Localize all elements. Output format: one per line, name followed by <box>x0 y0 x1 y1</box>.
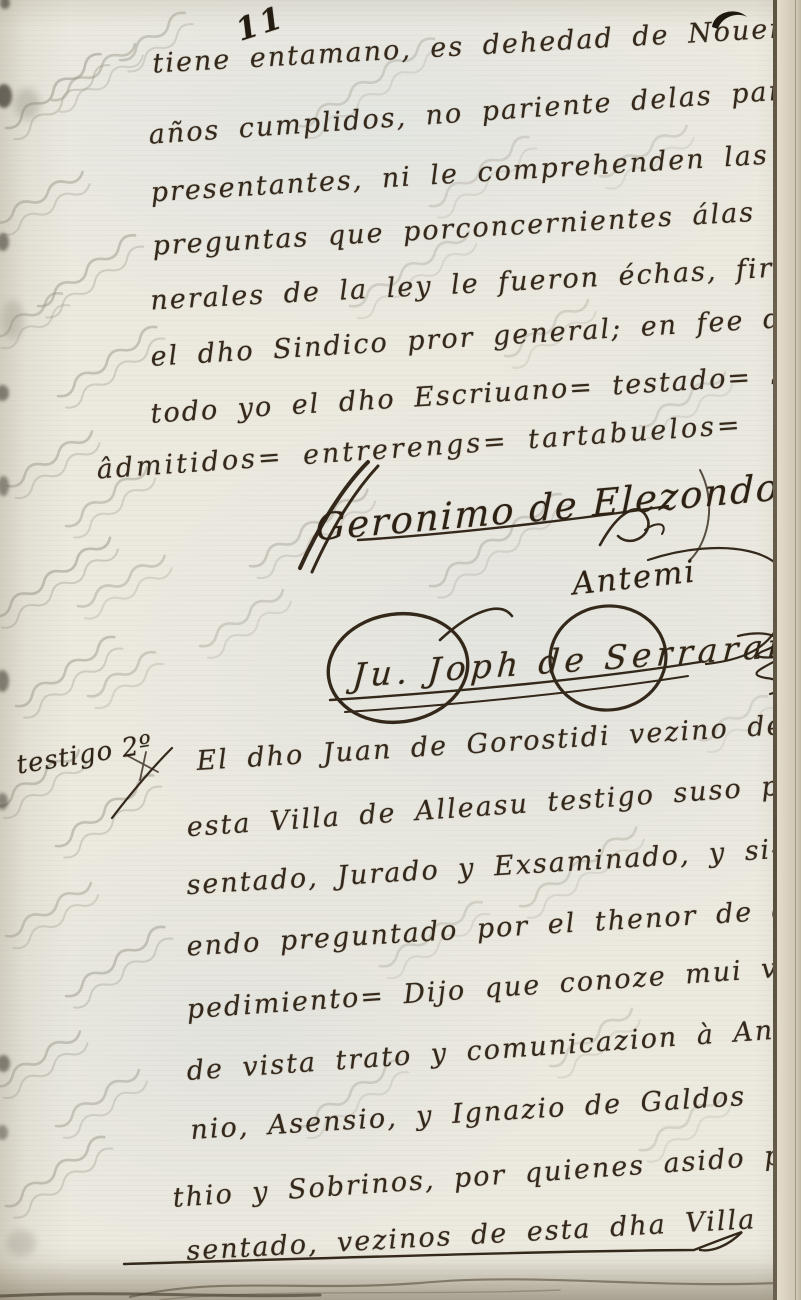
ink-smudge <box>0 385 9 401</box>
ink-smudge <box>0 84 12 108</box>
ante-mi-note: Antemi <box>570 554 698 603</box>
manuscript-line: El dho Juan de Gorostidi vezino de <box>196 710 786 777</box>
manuscript-line: pedimiento= Dijo que conoze mui vien <box>186 950 801 1026</box>
manuscript-line: el dho Sindico pror general; en fee de <box>150 302 801 373</box>
ink-smudge <box>0 793 8 810</box>
adjacent-page-edge <box>777 0 801 1300</box>
ink-smudge <box>0 0 10 9</box>
ink-smudge <box>0 233 9 251</box>
margin-note-testigo: testigo 2º <box>14 729 154 780</box>
manuscript-line: esta Villa de Alleasu testigo suso pre- <box>186 768 801 844</box>
ink-smudge <box>0 1125 8 1140</box>
ink-smudge <box>0 476 9 496</box>
signature-geronimo-de-elezondo: Geronimo de Elezondo <box>316 466 781 550</box>
manuscript-line: años cumplidos, no pariente delas partes <box>148 72 801 151</box>
manuscript-line: preguntas que porconcernientes álas ge- <box>152 193 801 261</box>
fold-shadow <box>0 1262 801 1300</box>
manuscript-line: thio y Sobrinos, por quienes asido pre- <box>172 1137 801 1214</box>
ink-smudge <box>0 1055 10 1072</box>
manuscript-line: sentado, Jurado y Exsaminado, y si- <box>186 834 784 901</box>
paper-stain <box>14 88 40 120</box>
signature-notary-serrarain: Ju. Joph de Serrarain <box>351 624 801 695</box>
manuscript-line: endo preguntado por el thenor de dho <box>186 892 801 962</box>
ink-smudge <box>0 670 9 692</box>
manuscript-line: sentado, vezinos de esta dha Villa <box>186 1204 757 1267</box>
manuscript-line: de vista trato y comunicazion à Anto- <box>186 1012 801 1087</box>
manuscript-line: nio, Asensio, y Ignazio de Galdos <box>190 1081 747 1146</box>
paper-stain <box>2 300 24 340</box>
manuscript-page: 11 tiene entamano, es dehedad de Nouenta… <box>0 0 801 1300</box>
manuscript-line: nerales de la ley le fueron échas, firmo <box>150 250 801 316</box>
paper-stain <box>6 1230 36 1256</box>
